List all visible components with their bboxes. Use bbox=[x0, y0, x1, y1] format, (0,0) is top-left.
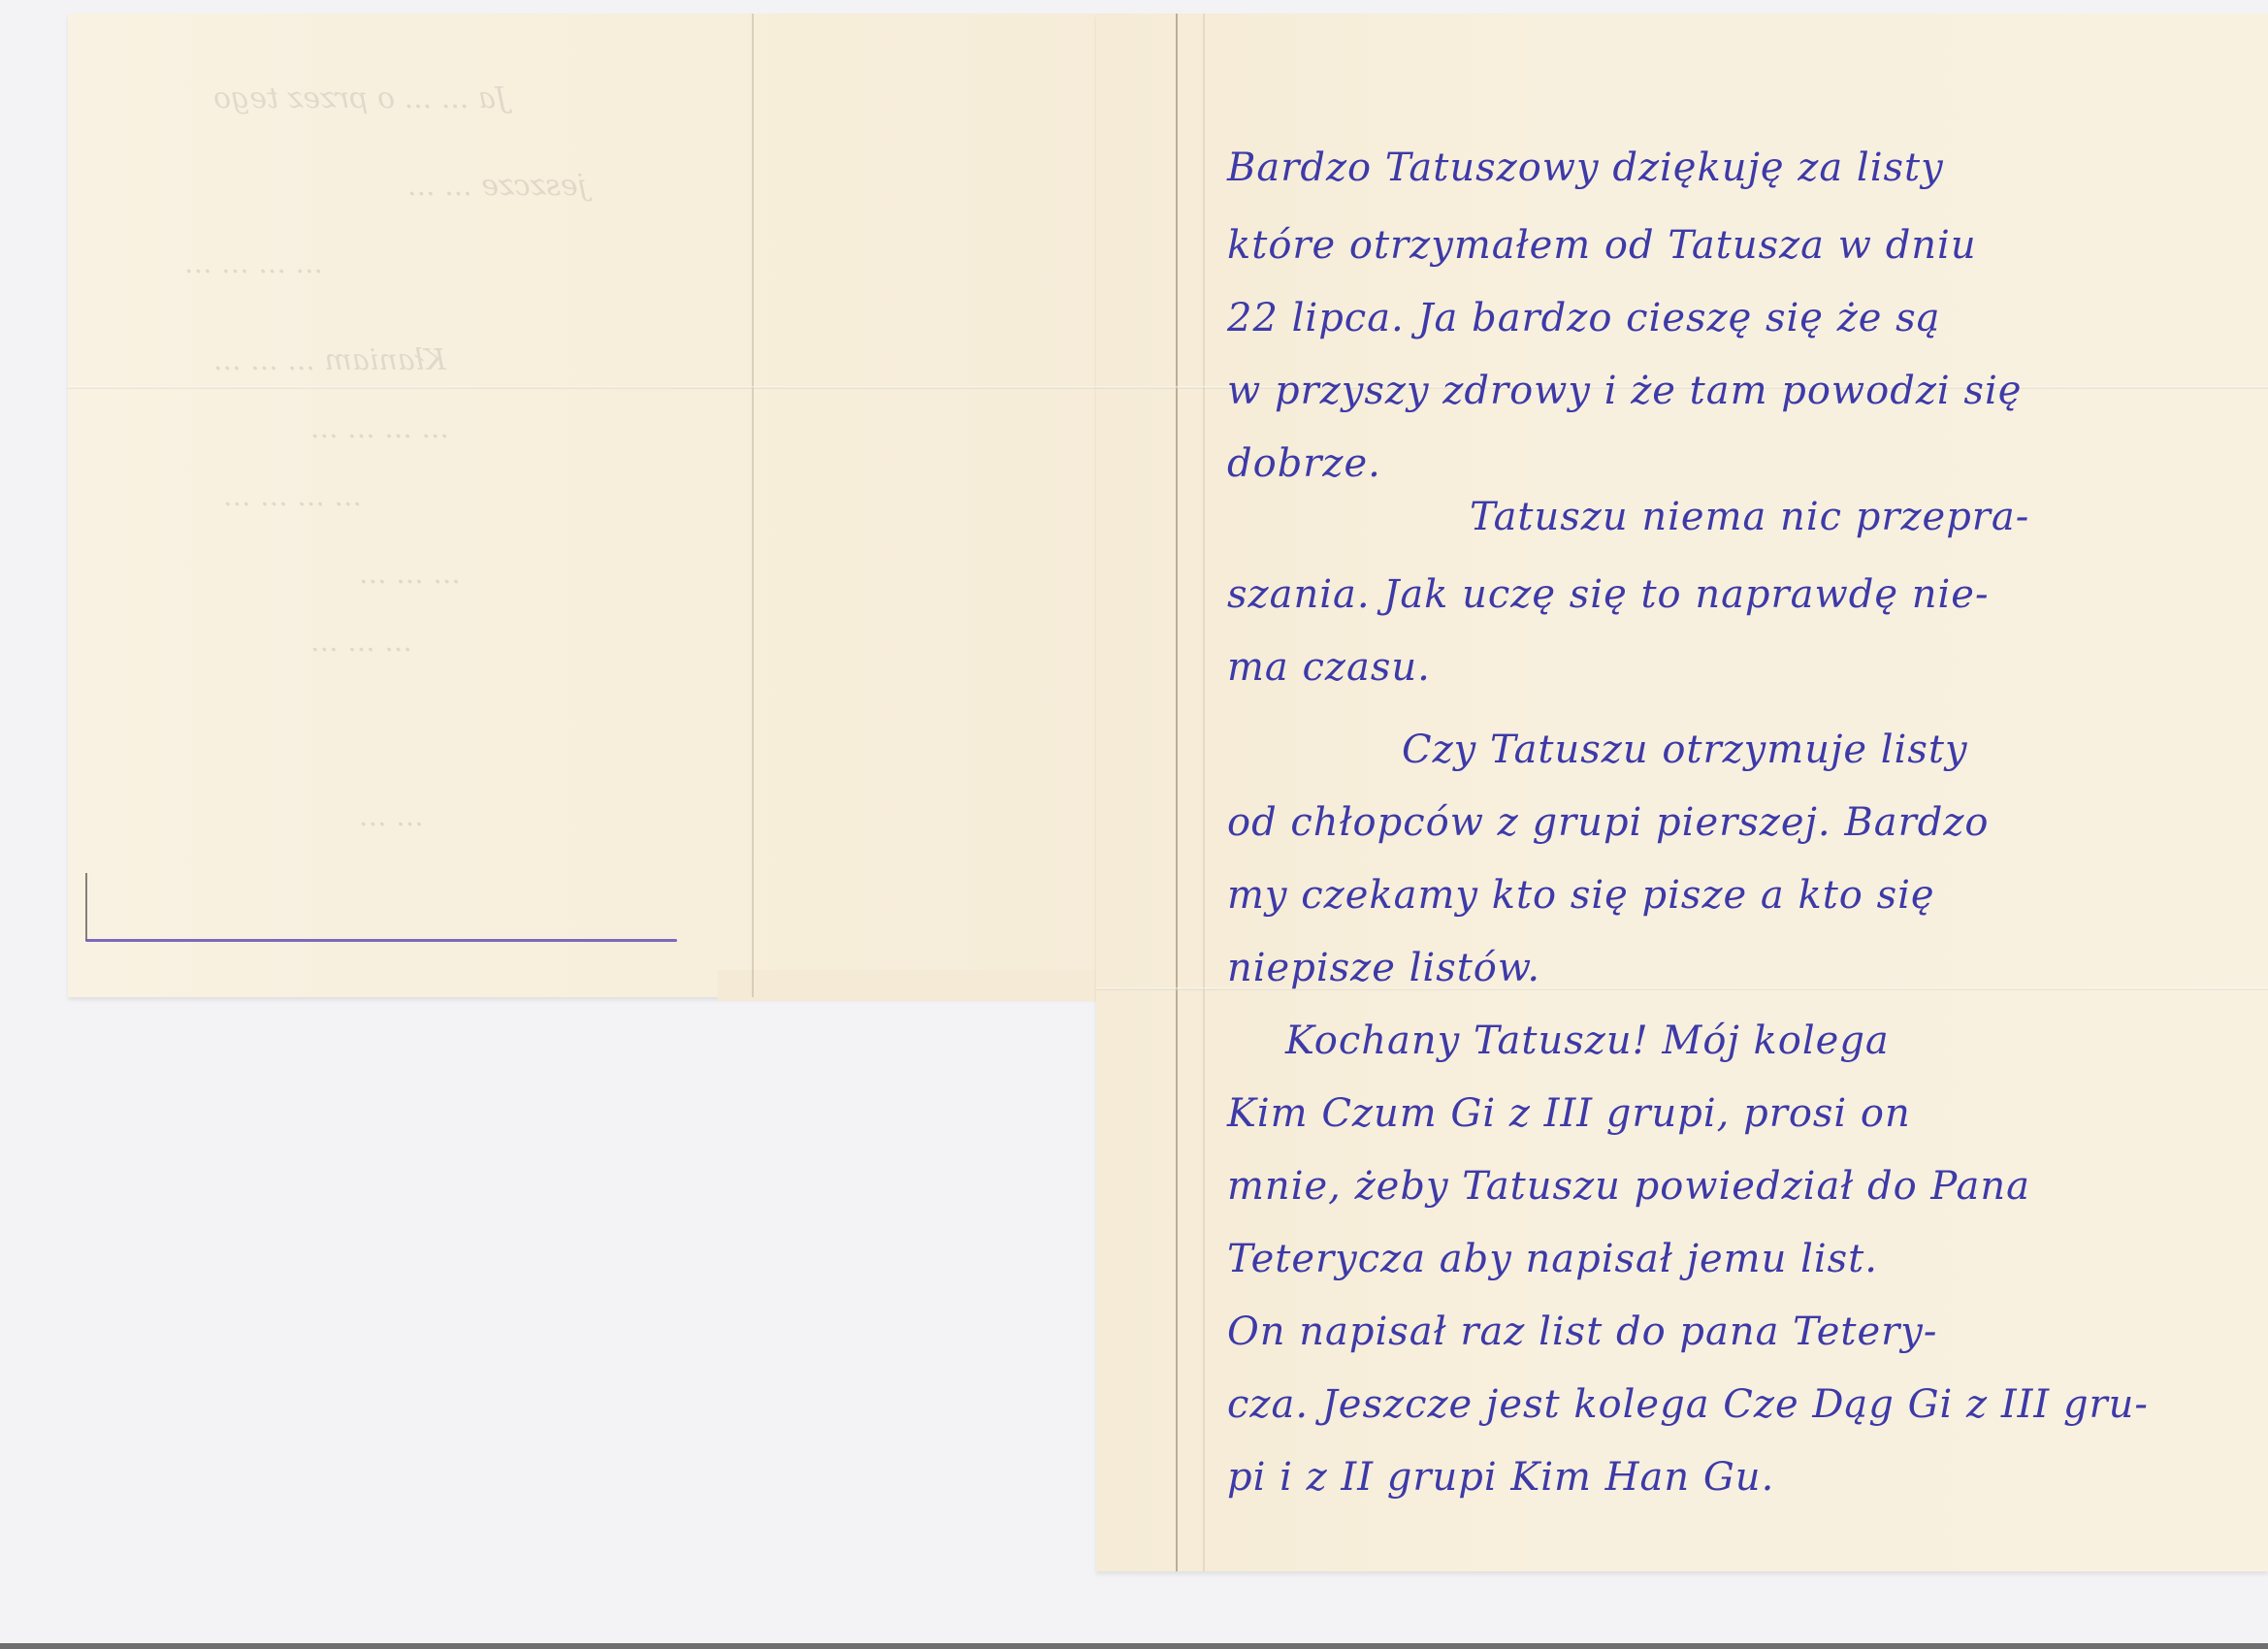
bleed-through-line: Kłaniam ... ... ... bbox=[213, 343, 446, 377]
bleed-through-line: ... ... ... bbox=[310, 625, 412, 659]
handwritten-line: dobrze. bbox=[1227, 441, 1381, 486]
handwritten-line: Tatuszu niema nic przepra- bbox=[1470, 495, 2029, 539]
handwritten-line: On napisał raz list do pana Tetery- bbox=[1227, 1309, 1937, 1354]
handwritten-line: mnie, żeby Tatuszu powiedział do Pana bbox=[1227, 1164, 2030, 1209]
handwritten-line: szania. Jak uczę się to naprawdę nie- bbox=[1227, 572, 1989, 617]
handwritten-line: które otrzymałem od Tatusza w dniu bbox=[1227, 223, 1977, 268]
handwritten-line: Kochany Tatuszu! Mój kolega bbox=[1285, 1018, 1890, 1063]
handwritten-line: niepisze listów. bbox=[1227, 946, 1540, 990]
handwritten-line: Bardzo Tatuszowy dziękuję za listy bbox=[1227, 145, 1944, 190]
bleed-through-line: Ja ... ... o przez tego bbox=[213, 81, 507, 115]
bleed-through-line: ... ... ... ... bbox=[310, 411, 449, 445]
bleed-through-line: ... ... bbox=[359, 799, 424, 833]
bleed-through-line: ... ... ... ... bbox=[184, 246, 323, 280]
paper-edge-shadow bbox=[85, 873, 87, 941]
handwritten-line: Teterycza aby napisał jemu list. bbox=[1227, 1237, 1878, 1281]
handwritten-line: od chłopców z grupi pierszej. Bardzo bbox=[1227, 800, 1989, 845]
vertical-fold-crease bbox=[1176, 14, 1178, 1571]
letter-fold-flap bbox=[718, 970, 1106, 1001]
scanner-edge bbox=[0, 1643, 2268, 1649]
handwritten-line: 22 lipca. Ja bardzo cieszę się że są bbox=[1227, 296, 1941, 340]
bleed-through-line: jeszcze ... ... bbox=[407, 169, 587, 203]
ink-underline-rule bbox=[85, 939, 677, 942]
bleed-through-line: ... ... ... ... bbox=[223, 479, 362, 513]
handwritten-line: ma czasu. bbox=[1227, 645, 1431, 690]
vertical-fold-crease bbox=[1203, 14, 1205, 1571]
handwritten-line: w przyszy zdrowy i że tam powodzi się bbox=[1227, 369, 2022, 413]
letter-back-page: Ja ... ... o przez tegojeszcze ... .....… bbox=[68, 14, 1213, 997]
handwritten-line: my czekamy kto się pisze a kto się bbox=[1227, 873, 1935, 918]
handwritten-line: Kim Czum Gi z III grupi, prosi on bbox=[1227, 1091, 1911, 1136]
bleed-through-line: ... ... ... bbox=[359, 557, 461, 591]
handwritten-line: pi i z II grupi Kim Han Gu. bbox=[1227, 1455, 1774, 1500]
handwritten-line: Czy Tatuszu otrzymuje listy bbox=[1402, 727, 1968, 772]
vertical-fold-crease bbox=[752, 14, 754, 997]
handwritten-line: cza. Jeszcze jest kolega Cze Dąg Gi z II… bbox=[1227, 1382, 2149, 1427]
